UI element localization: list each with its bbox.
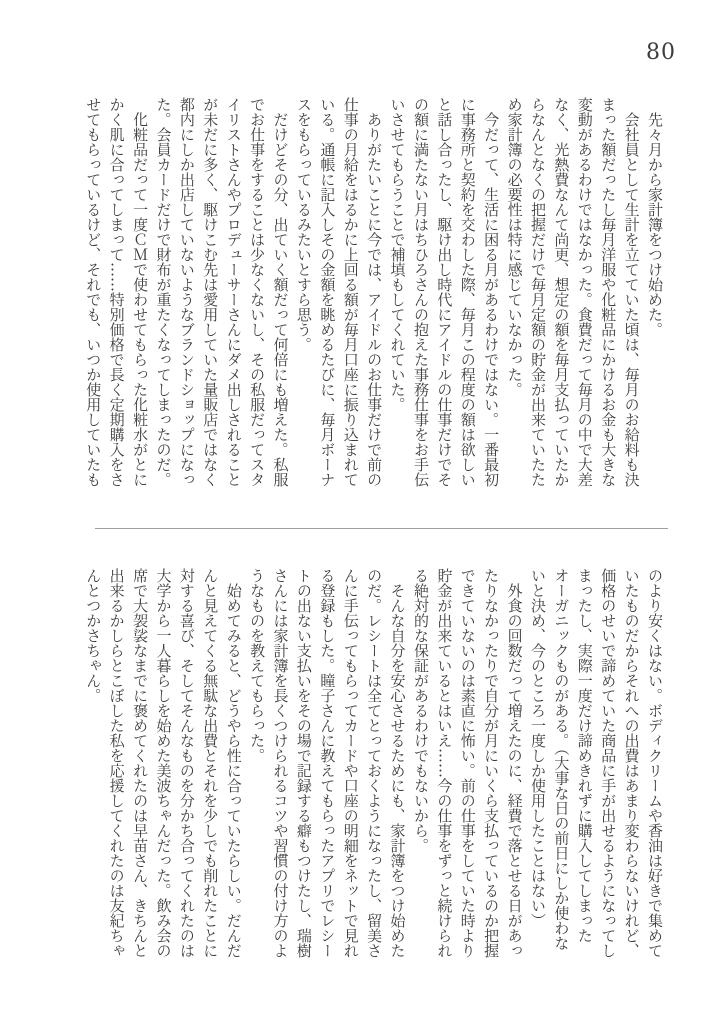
text-line: る登録もした。瞳子さんに教えてもらったアプリでレシー bbox=[315, 568, 338, 960]
page-number: 80 bbox=[646, 40, 676, 65]
text-line: 始めてみると、どうやら性に合っていたらしい。だんだ bbox=[221, 568, 244, 960]
text-line: 出来るかしらとこぼした私を応援してくれたのは友紀ちゃ bbox=[104, 568, 127, 960]
text-line: スをもらっているみたいとすら思う。 bbox=[292, 97, 315, 489]
text-line: 先々月から家計簿をつけ始めた。 bbox=[643, 97, 666, 489]
text-line: 変動があるわけではなかった。食費だって毎月の中で大差 bbox=[572, 97, 595, 489]
text-line: 化粧品だって一度ＣＭで使わせてもらった化粧水がとに bbox=[128, 97, 151, 489]
text-block-upper: 先々月から家計簿をつけ始めた。 会社員として生計を立てていた頃は、毎月のお給料も… bbox=[81, 97, 666, 489]
text-line: に事務所と契約を交わした際、毎月この程度の額は欲しい bbox=[455, 97, 478, 489]
text-line: 都内にしか出店していないようなブランドショップになっ bbox=[174, 97, 197, 489]
text-line: そんな自分を安心させるためにも、家計簿をつけ始めた bbox=[385, 568, 408, 960]
text-line: んに手伝ってもらってカードや口座の明細をネットで見れ bbox=[338, 568, 361, 960]
text-line: 仕事の月給をはるかに上回る額が毎月口座に振り込まれて bbox=[338, 97, 361, 489]
text-line: いと決め、今のところ一度しか使用したことはない） bbox=[526, 568, 549, 960]
text-line: 席で大袈裟なまでに褒めてくれたのは早苗さん、きちんと bbox=[128, 568, 151, 960]
text-line: んと見えてくる無駄な出費とそれを少しでも削れたことに bbox=[198, 568, 221, 960]
text-line: オーガニックものがある。（大事な日の前日にしか使わな bbox=[549, 568, 572, 960]
section-divider bbox=[95, 528, 668, 529]
text-line: いる。通帳に記入しその金額を眺めるたびに、毎月ボーナ bbox=[315, 97, 338, 489]
text-line: まった額だったし毎月洋服や化粧品にかけるお金も大きな bbox=[596, 97, 619, 489]
text-line: らなんとなくの把握だけで毎月定額の貯金が出来ていたた bbox=[526, 97, 549, 489]
text-line: だけどその分、出ていく額だって何倍にも増えた。私服 bbox=[268, 97, 291, 489]
text-line: め家計簿の必要性は特に感じていなかった。 bbox=[502, 97, 525, 489]
text-line: でお仕事をすることは少なくないし、その私服だってスタ bbox=[245, 97, 268, 489]
text-line: 対する喜び、そしてそんなものを分かち合ってくれたのは bbox=[174, 568, 197, 960]
text-line: うなものを教えてもらった。 bbox=[245, 568, 268, 960]
text-line: 外食の回数だって増えたのに、経費で落とせる日があっ bbox=[502, 568, 525, 960]
text-line: なく、光熱費なんて尚更、想定の額を毎月支払っていたか bbox=[549, 97, 572, 489]
text-block-lower: のより安くはない。ボディクリームや香油は好きで集めていたものだからそれへの出費は… bbox=[81, 568, 666, 960]
text-line: んとつかさちゃん。 bbox=[81, 568, 104, 960]
text-line: 貯金が出来ているとはいえ……今の仕事をずっと続けられ bbox=[432, 568, 455, 960]
text-line: できていないのは素直に怖い。前の仕事をしていた時より bbox=[455, 568, 478, 960]
book-page: 80 先々月から家計簿をつけ始めた。 会社員として生計を立てていた頃は、毎月のお… bbox=[0, 0, 721, 1024]
text-line: る絶対的な保証があるわけでもないから。 bbox=[409, 568, 432, 960]
text-line: 価格のせいで諦めていた商品に手が出せるようになってし bbox=[596, 568, 619, 960]
text-line: のより安くはない。ボディクリームや香油は好きで集めて bbox=[643, 568, 666, 960]
text-line: たりなかったりで自分が月にいくら支払っているのか把握 bbox=[479, 568, 502, 960]
text-line: まったし、実際一度だけ諦めきれずに購入してしまった bbox=[572, 568, 595, 960]
text-line: 会社員として生計を立てていた頃は、毎月のお給料も決 bbox=[619, 97, 642, 489]
text-line: さんには家計簿を長くつけられるコツや習慣の付け方のよ bbox=[268, 568, 291, 960]
text-line: 今だって、生活に困る月があるわけではない。一番最初 bbox=[479, 97, 502, 489]
text-line: が未だに多く、駆けこむ先は愛用していた量販店ではなく bbox=[198, 97, 221, 489]
text-line: いたものだからそれへの出費はあまり変わらないけれど、 bbox=[619, 568, 642, 960]
text-line: のだ。レシートは全てとっておくようになったし、留美さ bbox=[362, 568, 385, 960]
text-line: せてもらっているけど、それでも、いつか使用していたも bbox=[81, 97, 104, 489]
text-line: の額に満たない月はちひろさんの抱えた事務仕事をお手伝 bbox=[409, 97, 432, 489]
text-line: 大学から一人暮らしを始めた美波ちゃんだった。飲み会の bbox=[151, 568, 174, 960]
text-line: と話し合ったし、駆け出し時代にアイドルの仕事だけでそ bbox=[432, 97, 455, 489]
text-line: かく肌に合ってしまって……特別価格で長く定期購入をさ bbox=[104, 97, 127, 489]
text-line: いさせてもらうことで補填もしてくれていた。 bbox=[385, 97, 408, 489]
text-line: ありがたいことに今では、アイドルのお仕事だけで前の bbox=[362, 97, 385, 489]
text-line: イリストさんやプロデューサーさんにダメ出しされること bbox=[221, 97, 244, 489]
text-line: トの出ない支払いをその場で記録する癖もつけたし、瑞樹 bbox=[292, 568, 315, 960]
text-line: た。会員カードだけで財布が重たくなってしまったのだ。 bbox=[151, 97, 174, 489]
